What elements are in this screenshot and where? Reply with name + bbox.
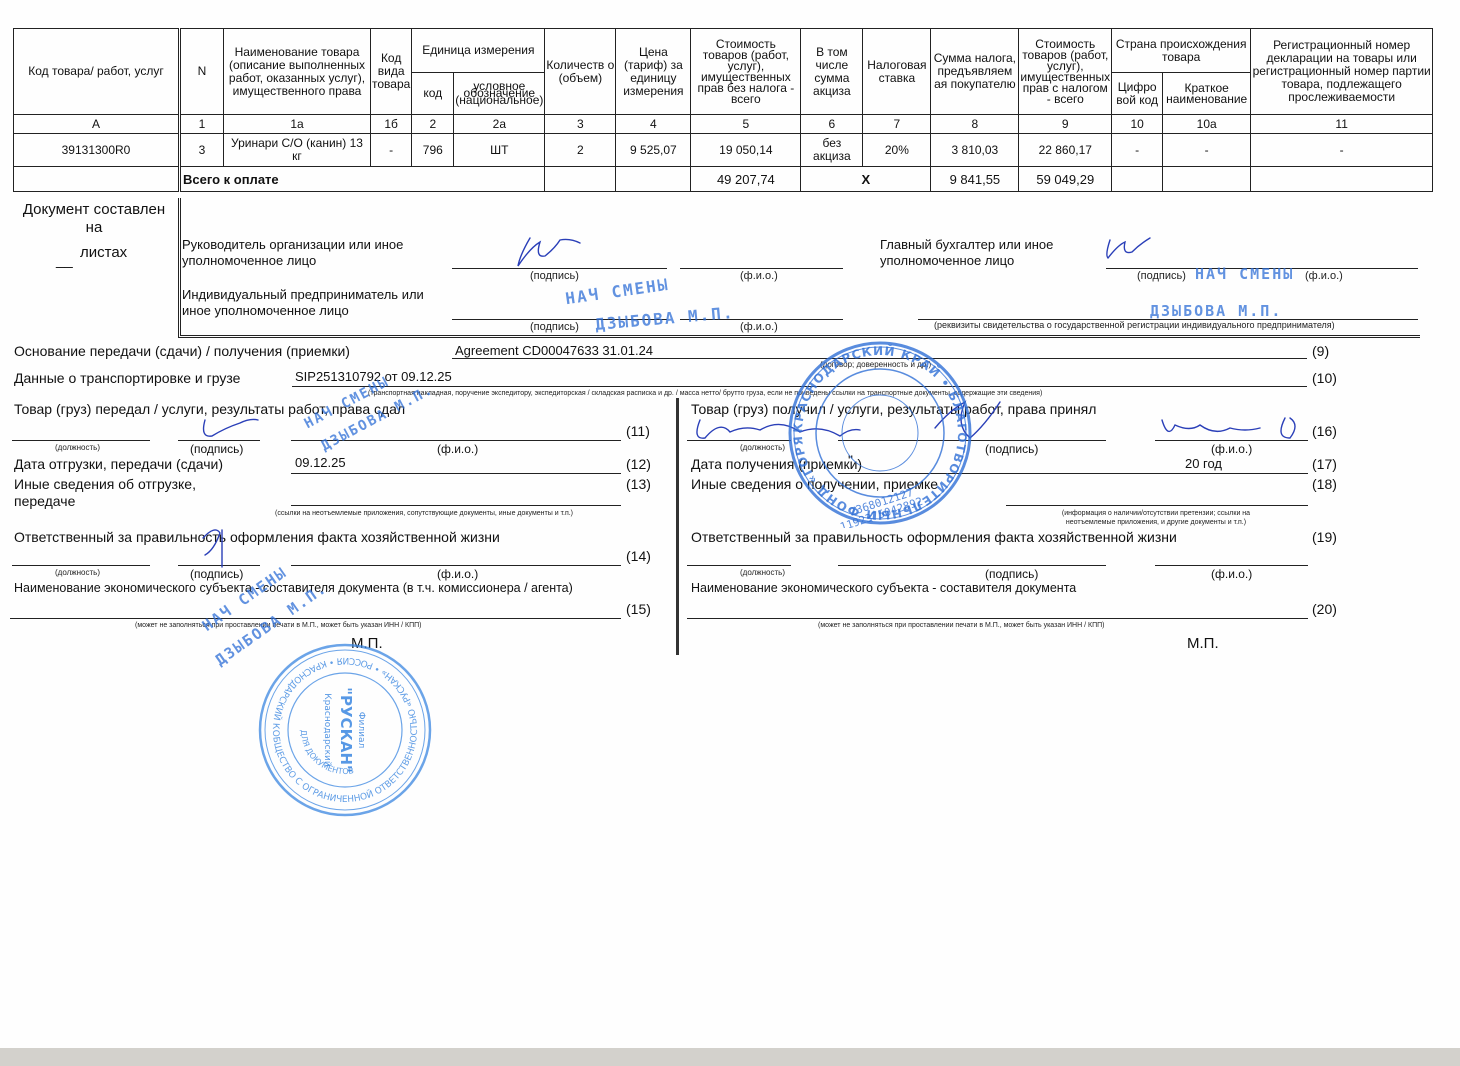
svg-text:Краснодарский: Краснодарский — [322, 693, 332, 767]
viewer-bottom-bar — [0, 1048, 1460, 1066]
handed-signature-icon — [204, 419, 258, 436]
shift-stamp-chief-1: НАЧ СМЕНЫ — [1195, 265, 1294, 283]
handwritten-signatures — [0, 0, 1460, 1066]
svg-text:"РУСКАН": "РУСКАН" — [337, 687, 355, 773]
head-signature-icon — [518, 238, 580, 266]
chief-signature-icon — [1107, 238, 1150, 258]
receiver-fio-signature-icon — [1162, 418, 1295, 438]
shift-stamp-chief-2: ДЗЫБОВА М.П. — [1150, 302, 1282, 320]
svg-text:Филиал: Филиал — [356, 712, 366, 748]
ruskan-round-stamp: ОБЩЕСТВО С ОГРАНИЧЕННОЙ ОТВЕТСТВЕННОСТЬЮ… — [255, 640, 435, 820]
responsible-signature-icon — [203, 530, 222, 567]
fund-round-stamp: КРАСНОДАРСКИЙ КРАЙ • БЛАГОТВОРИТЕЛЬНЫЙ Ф… — [785, 338, 975, 528]
